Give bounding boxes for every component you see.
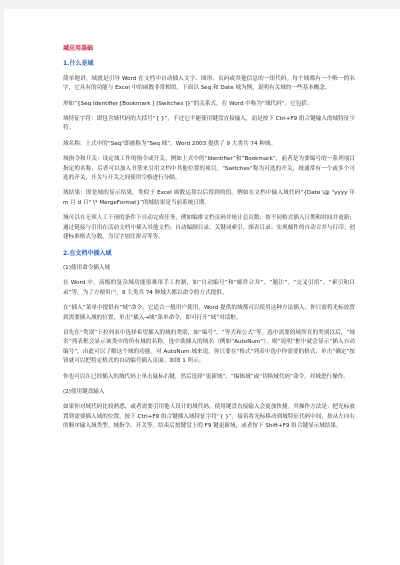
- subsection-heading: (1)使用命令插入域: [63, 264, 355, 273]
- paragraph: 在“插入”菜单中提供有“域”命令，它适合一般用户使用，Word 提供的域都可以使…: [63, 304, 355, 323]
- paragraph: 形如“{Seq Identifier [Bookmark ] [Switches…: [63, 100, 355, 109]
- paragraph: 域可以在无须人工干预的条件下自动完成任务，例如编排文档页码并统计总页数；按不同格…: [63, 214, 355, 242]
- paragraph: 域指令和开关：设定域工作的指令或开关。例如上式中的“Identifier”和“B…: [63, 155, 355, 183]
- paragraph: 简单地讲，域就是引导 Word 在文档中自动插入文字、图形、页码或其他信息的一组…: [63, 75, 355, 94]
- paragraph: 域名称：上式中的“Seq”即被称为“Seq 域”，Word 2003 提供了 9…: [63, 140, 355, 149]
- subsection-heading: (2)使用键盘输入: [63, 388, 355, 397]
- paragraph: 首先在“类别”下拉列表中选择希望插入的域的类别，如“编号”、“等式和公式”等。选…: [63, 329, 355, 367]
- paragraph: 在 Word 中，高级的复杂域功能很难用手工控制，如“自动编号”和“邮件合并”、…: [63, 279, 355, 298]
- section-heading: 2.在文档中插入域: [63, 249, 355, 258]
- document-content: 域应用基础 1.什么是域 简单地讲，域就是引导 Word 在文档中自动插入文字、…: [63, 44, 355, 438]
- paragraph: 域结果：即是域的显示结果，类似于 Excel 函数运算以后得到的值。例如在文档中…: [63, 189, 355, 208]
- paragraph: 如果你对域代码比较熟悉，或者需要引用他人设计的域代码，使用键盘直接输入会更加快捷…: [63, 403, 355, 431]
- document-title: 域应用基础: [63, 44, 355, 53]
- paragraph: 域特征字符：即包含域代码的大括号“{ }”，不过它不能使用键盘直接输入，而是按下…: [63, 115, 355, 134]
- document-page: 域应用基础 1.什么是域 简单地讲，域就是引导 Word 在文档中自动插入文字、…: [4, 9, 400, 565]
- section-heading: 1.什么是域: [63, 59, 355, 68]
- paragraph: 你也可以在已经插入的域代码上单击鼠标右键，然后选择“更新域”、“编辑域”或“切换…: [63, 373, 355, 382]
